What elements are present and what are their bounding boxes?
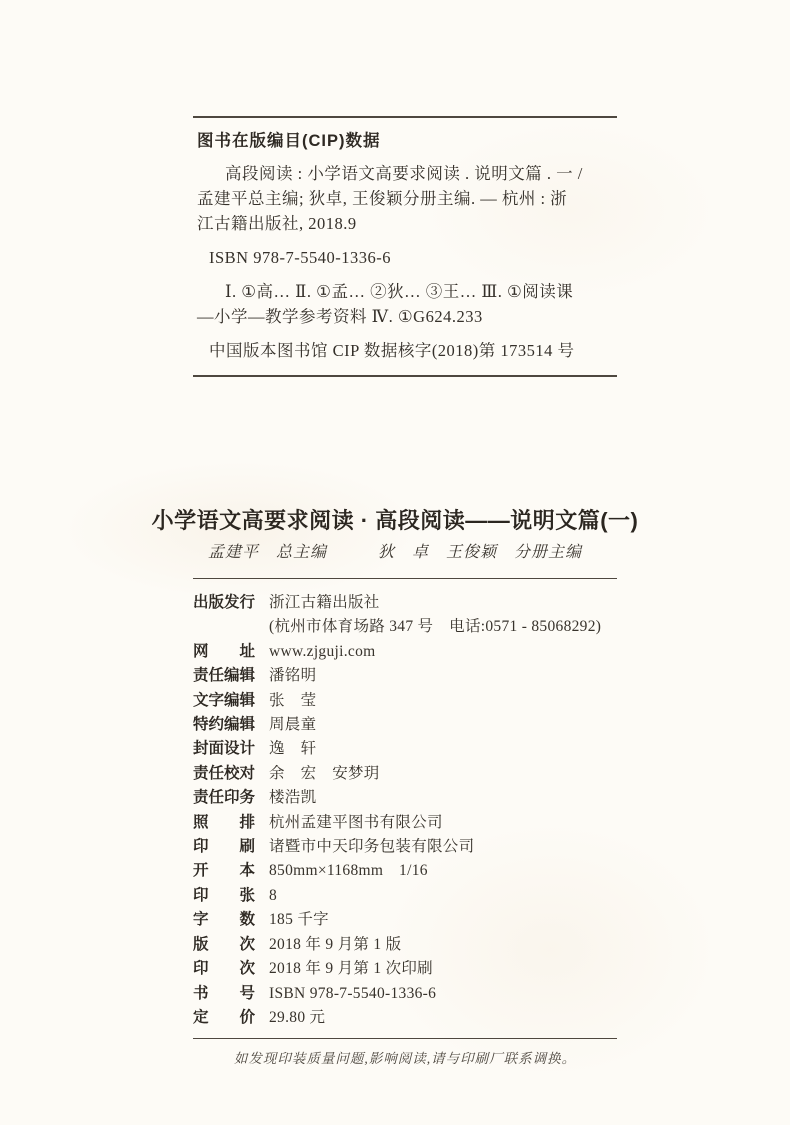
row-value: 逸 轩 [269, 737, 316, 761]
row-label: 印 刷 [193, 835, 259, 859]
row-label: 文字编辑 [193, 689, 259, 713]
row-label: 特约编辑 [193, 713, 259, 737]
row-label: 网 址 [193, 640, 259, 664]
colophon-row-address: (杭州市体育场路 347 号 电话:0571 - 85068292) [193, 615, 633, 639]
row-value: 余 宏 安梦玥 [269, 762, 380, 786]
colophon-row-impression: 印 次2018 年 9 月第 1 次印刷 [193, 957, 633, 981]
row-label: 照 排 [193, 811, 259, 835]
colophon-row-text-editor: 文字编辑张 莹 [193, 689, 633, 713]
row-value: 185 千字 [269, 908, 329, 932]
colophon-row-isbn: 书 号ISBN 978-7-5540-1336-6 [193, 982, 633, 1006]
row-value: 8 [269, 884, 277, 908]
colophon-row-cover-design: 封面设计逸 轩 [193, 737, 633, 761]
row-value: (杭州市体育场路 347 号 电话:0571 - 85068292) [269, 615, 601, 639]
colophon-row-editor: 责任编辑潘铭明 [193, 664, 633, 688]
cip-data-box: 图书在版编目(CIP)数据 高段阅读 : 小学语文高要求阅读 . 说明文篇 . … [193, 116, 617, 377]
title-block: 小学语文高要求阅读 · 高段阅读——说明文篇(一) 孟建平 总主编 狄 卓 王俊… [60, 508, 730, 563]
row-value: www.zjguji.com [269, 640, 376, 664]
row-value: 29.80 元 [269, 1006, 325, 1030]
row-label: 印 张 [193, 884, 259, 908]
row-value: 楼浩凯 [269, 786, 316, 810]
row-label: 印 次 [193, 957, 259, 981]
isbn-line: ISBN 978-7-5540-1336-6 [197, 245, 615, 270]
row-value: 浙江古籍出版社 [269, 591, 380, 615]
colophon-row-sheets: 印 张8 [193, 884, 633, 908]
colophon-row-proofreader: 责任校对余 宏 安梦玥 [193, 762, 633, 786]
row-label: 定 价 [193, 1006, 259, 1030]
editors-line: 孟建平 总主编 狄 卓 王俊颖 分册主编 [60, 543, 730, 563]
row-label: 字 数 [193, 908, 259, 932]
colophon-row-special-editor: 特约编辑周晨童 [193, 713, 633, 737]
colophon-row-word-count: 字 数185 千字 [193, 908, 633, 932]
row-label: 书 号 [193, 982, 259, 1006]
row-value: 周晨童 [269, 713, 316, 737]
row-value: 850mm×1168mm 1/16 [269, 859, 428, 883]
colophon-row-printing: 印 刷诸暨市中天印务包装有限公司 [193, 835, 633, 859]
colophon-row-website: 网 址www.zjguji.com [193, 640, 633, 664]
row-label: 出版发行 [193, 591, 259, 615]
row-label: 责任校对 [193, 762, 259, 786]
row-value: ISBN 978-7-5540-1336-6 [269, 982, 436, 1006]
cip-description-line: 高段阅读 : 小学语文高要求阅读 . 说明文篇 . 一 / [197, 161, 615, 186]
copyright-page: { "cip": { "heading": "图书在版编目(CIP)数据", "… [0, 0, 790, 1125]
row-label: 开 本 [193, 859, 259, 883]
classification-line: —小学—教学参考资料 Ⅳ. ①G624.233 [197, 304, 615, 329]
cip-description-line: 江古籍出版社, 2018.9 [197, 211, 615, 236]
colophon-row-print-supervisor: 责任印务楼浩凯 [193, 786, 633, 810]
divider-top [193, 578, 617, 579]
colophon: 出版发行浙江古籍出版社 (杭州市体育场路 347 号 电话:0571 - 850… [193, 591, 633, 1030]
row-label: 封面设计 [193, 737, 259, 761]
row-label: 版 次 [193, 933, 259, 957]
row-value: 张 莹 [269, 689, 316, 713]
row-value: 诸暨市中天印务包装有限公司 [269, 835, 474, 859]
row-label: 责任编辑 [193, 664, 259, 688]
colophon-row-price: 定 价29.80 元 [193, 1006, 633, 1030]
row-value: 潘铭明 [269, 664, 316, 688]
book-title: 小学语文高要求阅读 · 高段阅读——说明文篇(一) [60, 508, 730, 534]
row-label: 责任印务 [193, 786, 259, 810]
colophon-row-edition: 版 次2018 年 9 月第 1 版 [193, 933, 633, 957]
row-value: 2018 年 9 月第 1 次印刷 [269, 957, 433, 981]
divider-bottom [193, 1038, 617, 1039]
row-value: 杭州孟建平图书有限公司 [269, 811, 443, 835]
colophon-row-format: 开 本850mm×1168mm 1/16 [193, 859, 633, 883]
cip-heading: 图书在版编目(CIP)数据 [197, 130, 615, 152]
footer-note: 如发现印装质量问题,影响阅读,请与印刷厂联系调换。 [193, 1047, 617, 1067]
colophon-row-typesetting: 照 排杭州孟建平图书有限公司 [193, 811, 633, 835]
cip-description-line: 孟建平总主编; 狄卓, 王俊颖分册主编. — 杭州 : 浙 [197, 186, 615, 211]
row-value: 2018 年 9 月第 1 版 [269, 933, 401, 957]
classification-line: Ⅰ. ①高… Ⅱ. ①孟… ②狄… ③王… Ⅲ. ①阅读课 [197, 279, 615, 304]
cip-record-number: 中国版本图书馆 CIP 数据核字(2018)第 173514 号 [197, 338, 615, 363]
colophon-row-publisher: 出版发行浙江古籍出版社 [193, 591, 633, 615]
